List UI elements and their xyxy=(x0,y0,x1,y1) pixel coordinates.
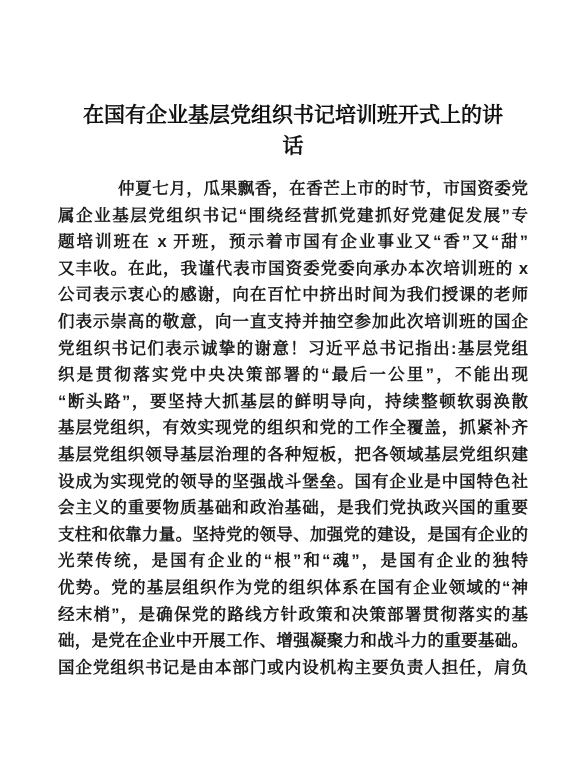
paragraph-line: 支柱和依靠力量。坚持党的领导、加强党的建设，是国有企业的 xyxy=(58,522,528,549)
paragraph-line: 优势。党的基层组织作为党的组织体系在国有企业领域的“神 xyxy=(58,575,528,602)
paragraph-line: 又丰收。在此，我谨代表市国资委党委向承办本次培训班的 x xyxy=(58,256,528,283)
document-title: 在国有企业基层党组织书记培训班开式上的讲 话 xyxy=(58,100,528,162)
paragraph-line: “断头路”，要坚持大抓基层的鲜明导向，持续整顿软弱涣散 xyxy=(58,389,528,416)
paragraph-line: 织是贯彻落实党中央决策部署的“最后一公里”，不能出现 xyxy=(58,362,528,389)
paragraph-line: 属企业基层党组织书记“围绕经营抓党建抓好党建促发展”专 xyxy=(58,203,528,230)
paragraph-line: 础，是党在企业中开展工作、增强凝聚力和战斗力的重要基础。 xyxy=(58,628,528,655)
paragraph-line: 题培训班在 x 开班，预示着市国有企业事业又“香”又“甜” xyxy=(58,229,528,256)
paragraph-line: 设成为实现党的领导的坚强战斗堡垒。国有企业是中国特色社 xyxy=(58,469,528,496)
paragraph-line: 国企党组织书记是由本部门或内设机构主要负责人担任，肩负 xyxy=(58,655,528,682)
paragraph-line: 党组织书记们表示诚挚的谢意！习近平总书记指出:基层党组 xyxy=(58,336,528,363)
body-paragraph: 仲夏七月，瓜果飘香，在香芒上市的时节，市国资委党委所 属企业基层党组织书记“围绕… xyxy=(58,176,528,681)
paragraph-line: 公司表示衷心的感谢，向在百忙中挤出时间为我们授课的老师 xyxy=(58,282,528,309)
paragraph-line: 经末梢”，是确保党的路线方针政策和决策部署贯彻落实的基 xyxy=(58,602,528,629)
title-line-1: 在国有企业基层党组织书记培训班开式上的讲 xyxy=(58,100,528,131)
title-line-2: 话 xyxy=(58,131,528,162)
paragraph-line: 会主义的重要物质基础和政治基础，是我们党执政兴国的重要 xyxy=(58,495,528,522)
paragraph-line: 们表示崇高的敬意，向一直支持并抽空参加此次培训班的国企 xyxy=(58,309,528,336)
paragraph-line: 基层党组织，有效实现党的组织和党的工作全覆盖，抓紧补齐 xyxy=(58,415,528,442)
paragraph-line: 基层党组织领导基层治理的各种短板，把各领域基层党组织建 xyxy=(58,442,528,469)
document-page: 在国有企业基层党组织书记培训班开式上的讲 话 仲夏七月，瓜果飘香，在香芒上市的时… xyxy=(0,0,586,759)
paragraph-line: 仲夏七月，瓜果飘香，在香芒上市的时节，市国资委党委所 xyxy=(58,176,528,203)
paragraph-line: 光荣传统，是国有企业的“根”和“魂”，是国有企业的独特 xyxy=(58,548,528,575)
